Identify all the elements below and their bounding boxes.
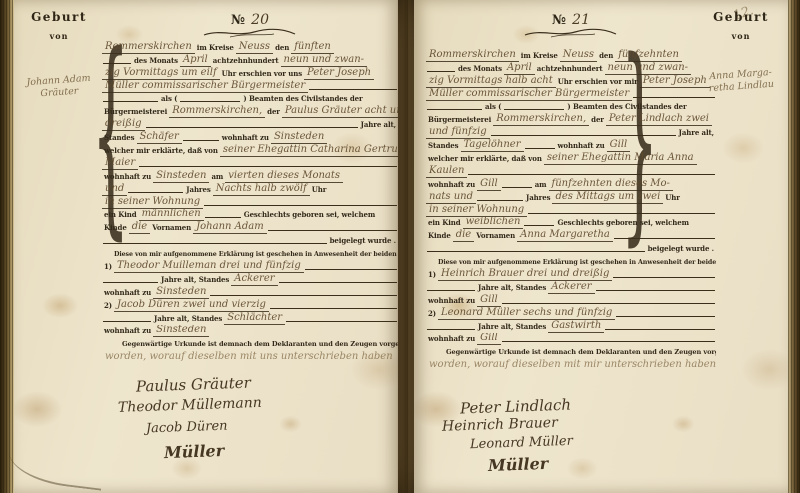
fill-line [146,126,358,128]
form-printed-text: Jahre alt, Standes [476,283,548,294]
form-handwritten-entry: Müller commissarischer Bürgermeister [426,88,632,101]
right-form: № 21 Rommerskirchenim KreiseNeussdenfünf… [426,12,716,471]
right-page: 12. Geburt von Anna Marga- retha Lindlau… [414,0,788,493]
record-number: № 21 [426,12,716,28]
form-line: zig Vormittags halb achtUhr erschien vor… [426,75,716,88]
form-line: wohnhaft zuGill [426,294,716,307]
form-handwritten-entry: April [180,54,211,67]
form-printed-text: des Monats [132,56,180,67]
form-handwritten-entry: fünfzehnten [615,49,682,62]
fill-line [616,315,715,317]
form-line: Jahre alt, StandesAckerer [426,281,716,294]
fill-line [491,134,676,136]
form-printed-text: der [589,115,606,126]
signature-block: Peter LindlachHeinrich BrauerLeonard Mül… [426,395,716,471]
form-printed-text: Jahres [184,185,212,196]
form-handwritten-entry: weiblichen [463,217,524,230]
form-handwritten-entry: nats und [426,191,476,204]
form-printed-text: als ( [483,102,503,113]
form-line: dreißigJahre alt, [102,118,398,131]
form-handwritten-entry: Sinsteden [271,131,327,144]
form-handwritten-entry: dreißig [102,118,145,131]
fill-line [103,62,131,64]
margin-header-geburt: Geburt [16,10,102,24]
form-line: 1)Theodor Muilleman drei und fünfzig [102,260,398,273]
form-printed-text: Diese von mir aufgenommene Erklärung ist… [436,259,716,268]
form-line: undJahresNachts halb zwölfUhr [102,183,398,196]
form-line: in seiner Wohnung [102,196,398,209]
fill-line [279,281,397,283]
form-printed-text: Kinde [426,231,453,242]
fill-line [468,173,715,175]
fill-line [524,224,554,226]
fill-line [183,139,219,141]
register-book-spread: Geburt von Johann Adam Gräuter { № 20 Ro… [0,0,800,493]
form-printed-text: Gegenwärtige Urkunde ist demnach dem Dek… [120,340,398,350]
fill-line [128,191,183,193]
form-handwritten-entry: in seiner Wohnung [426,204,527,217]
form-handwritten-entry: Tagelöhner [461,139,524,152]
form-printed-text: beigelegt wurde . [646,244,716,255]
form-line: Gegenwärtige Urkunde ist demnach dem Dek… [102,337,398,350]
form-handwritten-entry: Gill [477,178,501,191]
form-printed-text: 1) [102,262,114,273]
form-handwritten-entry: Neuss [560,49,597,62]
form-printed-text: wohnhaft zu [102,326,153,337]
form-handwritten-entry: Peter Joseph [304,67,374,80]
form-printed-text: im Kreise [195,43,236,54]
form-line: Diese von mir aufgenommene Erklärung ist… [102,247,398,260]
form-printed-text: im Kreise [519,51,560,62]
form-handwritten-entry: Sinsteden [153,325,209,338]
form-printed-text: Standes [102,133,137,144]
fill-line [502,302,715,304]
form-printed-text: Jahre alt, [359,120,398,131]
form-line: welcher mir erklärte, daß vonseiner Eheg… [426,152,716,165]
fill-line [268,229,397,231]
form-line: 1)Heinrich Brauer drei und dreißig [426,268,716,281]
form-line: wohnhaft zuGill [426,333,716,346]
form-line: wohnhaft zuSinsteden [102,325,398,338]
fill-line [309,88,397,90]
numero-sign: № [552,13,566,28]
form-handwritten-entry: Sinsteden [153,286,209,299]
form-handwritten-entry: Maier [102,157,138,170]
form-handwritten-entry: Ackerer [231,273,277,286]
form-line: Müller commissarischer Bürgermeister [426,88,716,101]
form-handwritten-entry: zig Vormittags halb acht [426,75,556,88]
left-form: № 20 Rommerskirchenim KreiseNeussdenfünf… [102,12,398,461]
form-handwritten-entry: männlichen [139,209,204,222]
form-printed-text: Uhr [310,185,329,196]
left-margin-column: Geburt von Johann Adam Gräuter [16,10,102,99]
form-printed-text: Jahres [524,193,552,204]
fill-line [210,294,397,296]
fill-line [286,320,397,322]
margin-subheader-von: von [16,31,102,41]
form-line: nats undJahresdes Mittags um zweiUhr [426,191,716,204]
form-line: ein KindweiblichenGeschlechts geboren se… [426,217,716,230]
form-handwritten-entry: Gill [477,333,501,346]
form-printed-text: am [533,180,549,191]
form-printed-text: Diese von mir aufgenommene Erklärung ist… [112,251,398,260]
form-printed-text: als ( [159,94,179,105]
form-handwritten-entry: Anna Margaretha [517,229,613,242]
fill-line [614,237,715,239]
form-handwritten-entry: Rommerskirchen, [493,113,589,126]
fill-line [103,100,158,102]
form-handwritten-entry: Paulus Gräuter acht und [282,105,398,118]
fill-line [205,216,241,218]
form-handwritten-entry: die [453,229,475,242]
fill-line [528,212,715,214]
form-line: BürgermeistereiRommerskirchen,derPeter L… [426,113,716,126]
form-handwritten-entry: Schlächter [224,312,285,325]
form-handwritten-entry: Rommerskirchen [426,49,519,62]
form-printed-text: ein Kind [426,218,463,229]
form-printed-text: ) Beamten des Civilstandes der [565,102,688,113]
form-printed-text: wohnhaft zu [556,141,607,152]
form-line: 2)Jacob Düren zwei und vierzig [102,299,398,312]
form-printed-text: wohnhaft zu [220,133,271,144]
form-line: Jahre alt, StandesGastwirth [426,320,716,333]
form-handwritten-entry: Ackerer [548,281,594,294]
form-handwritten-entry: Gill [607,139,631,152]
form-line: als () Beamten des Civilstandes der [102,93,398,106]
fill-line [502,340,715,342]
fill-line [139,165,397,167]
form-printed-text: welcher mir erklärte, daß von [426,154,544,165]
form-handwritten-entry: Kaulen [426,165,467,178]
form-handwritten-entry: die [129,221,151,234]
form-line: Rommerskirchenim KreiseNeussdenfünfzehnt… [426,49,716,62]
form-line: KindedieVornamenAnna Margaretha [426,229,716,242]
form-printed-text: wohnhaft zu [426,334,477,345]
form-line: ein KindmännlichenGeschlechts geboren se… [102,209,398,222]
form-handwritten-entry: Rommerskirchen [102,41,195,54]
form-handwritten-entry: Gill [477,294,501,307]
form-line: worden, worauf dieselben mit mir untersc… [426,358,716,371]
numero-sign: № [231,13,245,28]
form-line: Jahre alt, StandesAckerer [102,273,398,286]
fill-line [305,268,397,270]
form-printed-text: ein Kind [102,210,139,221]
form-handwritten-entry: Schäfer [137,131,182,144]
form-handwritten-entry: des Mittags um zwei [552,191,663,204]
form-printed-text: beigelegt wurde . [328,236,398,247]
form-handwritten-entry: seiner Ehegattin Maria Anna [544,152,697,165]
fill-line [103,242,327,244]
signature-block: Paulus GräuterTheodor MüllemannJacob Dür… [102,373,398,461]
form-printed-text: Uhr erschien vor mir [556,77,640,88]
form-line: Diese von mir aufgenommene Erklärung ist… [426,255,716,268]
form-handwritten-entry: Müller commissarischer Bürgermeister [102,80,308,93]
page-corner-curl [6,435,107,490]
form-handwritten-entry: Gastwirth [548,320,604,333]
form-line: StandesSchäferwohnhaft zuSinsteden [102,131,398,144]
form-line: wohnhaft zuSinsteden [102,286,398,299]
form-printed-text: Bürgermeisterei [426,115,493,126]
form-lines: Rommerskirchenim KreiseNeussdenfünfzehnt… [426,49,716,371]
form-line: wohnhaft zuSinstedenamvierten dieses Mon… [102,170,398,183]
form-printed-text: den [597,51,615,62]
record-number-value: 20 [251,12,269,28]
flourish-ornament [202,28,298,38]
fill-line [427,250,645,252]
form-printed-text: Jahre alt, [677,128,716,139]
record-number: № 20 [102,12,398,28]
form-printed-text: Uhr [663,193,682,204]
form-line: als () Beamten des Civilstandes der [426,101,716,114]
form-printed-text: Jahre alt, Standes [476,322,548,333]
form-printed-text: der [265,107,282,118]
form-line: Müller commissarischer Bürgermeister [102,80,398,93]
form-printed-text: wohnhaft zu [102,288,153,299]
form-printed-text: wohnhaft zu [426,180,477,191]
form-printed-text: Bürgermeisterei [102,107,169,118]
form-printed-text: am [209,172,225,183]
form-printed-text: Geschlechts geboren sei, welchem [555,218,690,229]
flourish-ornament [523,28,619,38]
form-handwritten-entry: Jacob Düren zwei und vierzig [114,299,269,312]
record-number-value: 21 [572,12,590,28]
fill-line [270,307,397,309]
form-handwritten-entry: vierten dieses Monats [225,170,343,183]
form-line: BürgermeistereiRommerskirchen,derPaulus … [102,105,398,118]
form-printed-text: welcher mir erklärte, daß von [102,146,220,157]
form-handwritten-entry: zig Vormittags um eilf [102,67,220,80]
form-handwritten-entry: Nachts halb zwölf [213,183,310,196]
form-line: StandesTagelöhnerwohnhaft zuGill [426,139,716,152]
form-handwritten-entry: Sinsteden [153,170,209,183]
fill-line [427,328,475,330]
form-line: Rommerskirchenim KreiseNeussdenfünften [102,41,398,54]
form-line: welcher mir erklärte, daß vonseiner Eheg… [102,144,398,157]
form-printed-text: Standes [426,141,461,152]
fill-line [605,328,715,330]
form-line: in seiner Wohnung [426,204,716,217]
book-edge-right [788,0,800,493]
form-line: und fünfzigJahre alt, [426,126,716,139]
form-handwritten-entry: neun und zwan- [605,62,692,75]
margin-child-name: Johann Adam Gräuter [15,72,102,102]
form-handwritten-entry: und fünfzig [426,126,490,139]
form-printed-text: Uhr erschien vor uns [220,69,304,80]
form-printed-text: wohnhaft zu [426,296,477,307]
form-handwritten-entry: neun und zwan- [281,54,368,67]
book-edge-left [0,0,14,493]
form-handwritten-entry: Peter Joseph [640,75,710,88]
form-handwritten-entry: Neuss [236,41,273,54]
form-printed-text: 1) [426,270,438,281]
left-page: Geburt von Johann Adam Gräuter { № 20 Ro… [14,0,398,493]
fill-line [477,199,523,201]
form-handwritten-entry: Johann Adam [193,221,267,234]
fill-line [596,289,715,291]
form-printed-text: des Monats [456,64,504,75]
form-line: beigelegt wurde . [102,234,398,247]
form-handwritten-entry: Peter Lindlach zwei [606,113,712,126]
fill-line [204,204,397,206]
fill-line [633,96,715,98]
form-printed-text: achtzehnhundert [535,64,605,75]
form-printed-text: Jahre alt, Standes [159,275,231,286]
form-line: zig Vormittags um eilfUhr erschien vor u… [102,67,398,80]
fill-line [180,100,240,102]
form-handwritten-entry: April [504,62,535,75]
form-line: 2)Leonard Müller sechs und fünfzig [426,307,716,320]
form-printed-text: 2) [102,301,114,312]
form-printed-text: wohnhaft zu [102,172,153,183]
fill-line [427,289,475,291]
form-line: KindedieVornamenJohann Adam [102,221,398,234]
form-line: wohnhaft zuGillamfünfzehnten dieses Mo- [426,178,716,191]
form-printed-text: Vornamen [474,231,517,242]
fill-line [103,320,151,322]
form-printed-text: ) Beamten des Civilstandes der [241,94,364,105]
form-line: Maier [102,157,398,170]
form-handwritten-entry: Leonard Müller sechs und fünfzig [438,307,615,320]
form-handwritten-entry: seiner Ehegattin Catharina Gertrud [220,144,398,157]
fill-line [427,70,455,72]
form-handwritten-entry: und [102,183,127,196]
fill-line [103,281,158,283]
form-line: Jahre alt, StandesSchlächter [102,312,398,325]
fill-line [504,108,564,110]
form-line: Gegenwärtige Urkunde ist demnach dem Dek… [426,345,716,358]
fill-line [427,108,482,110]
center-fold [396,0,416,493]
form-printed-text: achtzehnhundert [211,56,281,67]
form-line: worden, worauf dieselben mit uns untersc… [102,350,398,363]
form-line: beigelegt wurde . [426,242,716,255]
form-printed-text: Jahre alt, Standes [152,314,224,325]
form-line: des MonatsAprilachtzehnhundertneun und z… [426,62,716,75]
form-printed-text: den [273,43,291,54]
form-line: des MonatsAprilachtzehnhundertneun und z… [102,54,398,67]
form-lines: Rommerskirchenim KreiseNeussdenfünftende… [102,41,398,363]
form-handwritten-entry: Theodor Muilleman drei und fünfzig [114,260,304,273]
form-printed-text: Vornamen [150,223,193,234]
form-handwritten-entry: Heinrich Brauer drei und dreißig [438,268,612,281]
fill-line [613,276,715,278]
form-handwritten-entry: fünften [291,41,334,54]
form-handwritten-entry: Rommerskirchen, [169,105,265,118]
form-line: Kaulen [426,165,716,178]
form-printed-text: Kinde [102,223,129,234]
form-printed-text: Gegenwärtige Urkunde ist demnach dem Dek… [444,348,716,358]
fill-line [502,186,532,188]
form-printed-text: 2) [426,309,438,320]
form-printed-text: Geschlechts geboren sei, welchem [242,210,377,221]
fill-line [525,147,555,149]
form-handwritten-entry: worden, worauf dieselben mit uns untersc… [102,351,396,363]
form-handwritten-entry: fünfzehnten dieses Mo- [549,178,673,191]
form-handwritten-entry: in seiner Wohnung [102,196,203,209]
form-handwritten-entry: worden, worauf dieselben mit mir untersc… [426,359,716,371]
